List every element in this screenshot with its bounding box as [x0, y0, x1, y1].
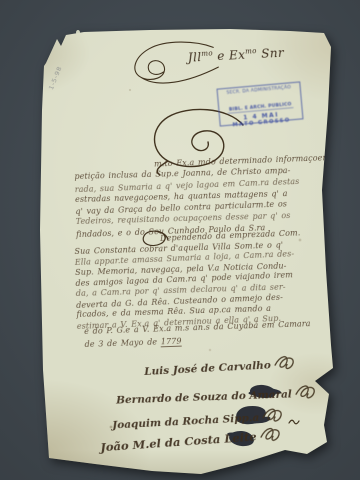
- archival-pencil-note: 1-5-98: [47, 65, 64, 91]
- manuscript-page: 1-5-98 Jllmo e Exmo Snr SECR. DA ADMINIS…: [0, 0, 360, 480]
- archive-stamp: SECR. DA ADMINISTRAÇÃO BIBL. E ARCH. PUB…: [217, 81, 304, 126]
- signature-paraph-icon: [293, 381, 318, 400]
- signature-block: Luis José de Carvalho Bernardo de Souza …: [92, 356, 312, 461]
- signature: Luis José de Carvalho: [144, 352, 297, 378]
- signature: Bernardo de Souza do Amaral: [116, 381, 318, 406]
- body-paragraph-2: Dependendo da emprezada Com.Sua Constant…: [74, 229, 303, 331]
- page-content: 1-5-98 Jllmo e Exmo Snr SECR. DA ADMINIS…: [0, 0, 360, 480]
- signature-name: Bernardo de Souza do Amaral: [116, 388, 292, 406]
- photo-background: 1-5-98 Jllmo e Exmo Snr SECR. DA ADMINIS…: [0, 0, 360, 480]
- year-underlined: 1779: [161, 336, 182, 347]
- body-paragraph-1: m.to Ex.a mdo determinado informaçoens a…: [74, 154, 343, 240]
- signature-paraph-icon: [261, 404, 286, 423]
- salutation-line: Jllmo e Exmo Snr: [125, 32, 277, 90]
- signature-name: João M.el da Costa Leite: [100, 429, 257, 454]
- signature-name: Luis José de Carvalho: [144, 359, 271, 378]
- signature-paraph-icon: [258, 424, 283, 444]
- manuscript-photo: 1-5-98 Jllmo e Exmo Snr SECR. DA ADMINIS…: [0, 0, 360, 480]
- signature-paraph-icon: [272, 352, 297, 371]
